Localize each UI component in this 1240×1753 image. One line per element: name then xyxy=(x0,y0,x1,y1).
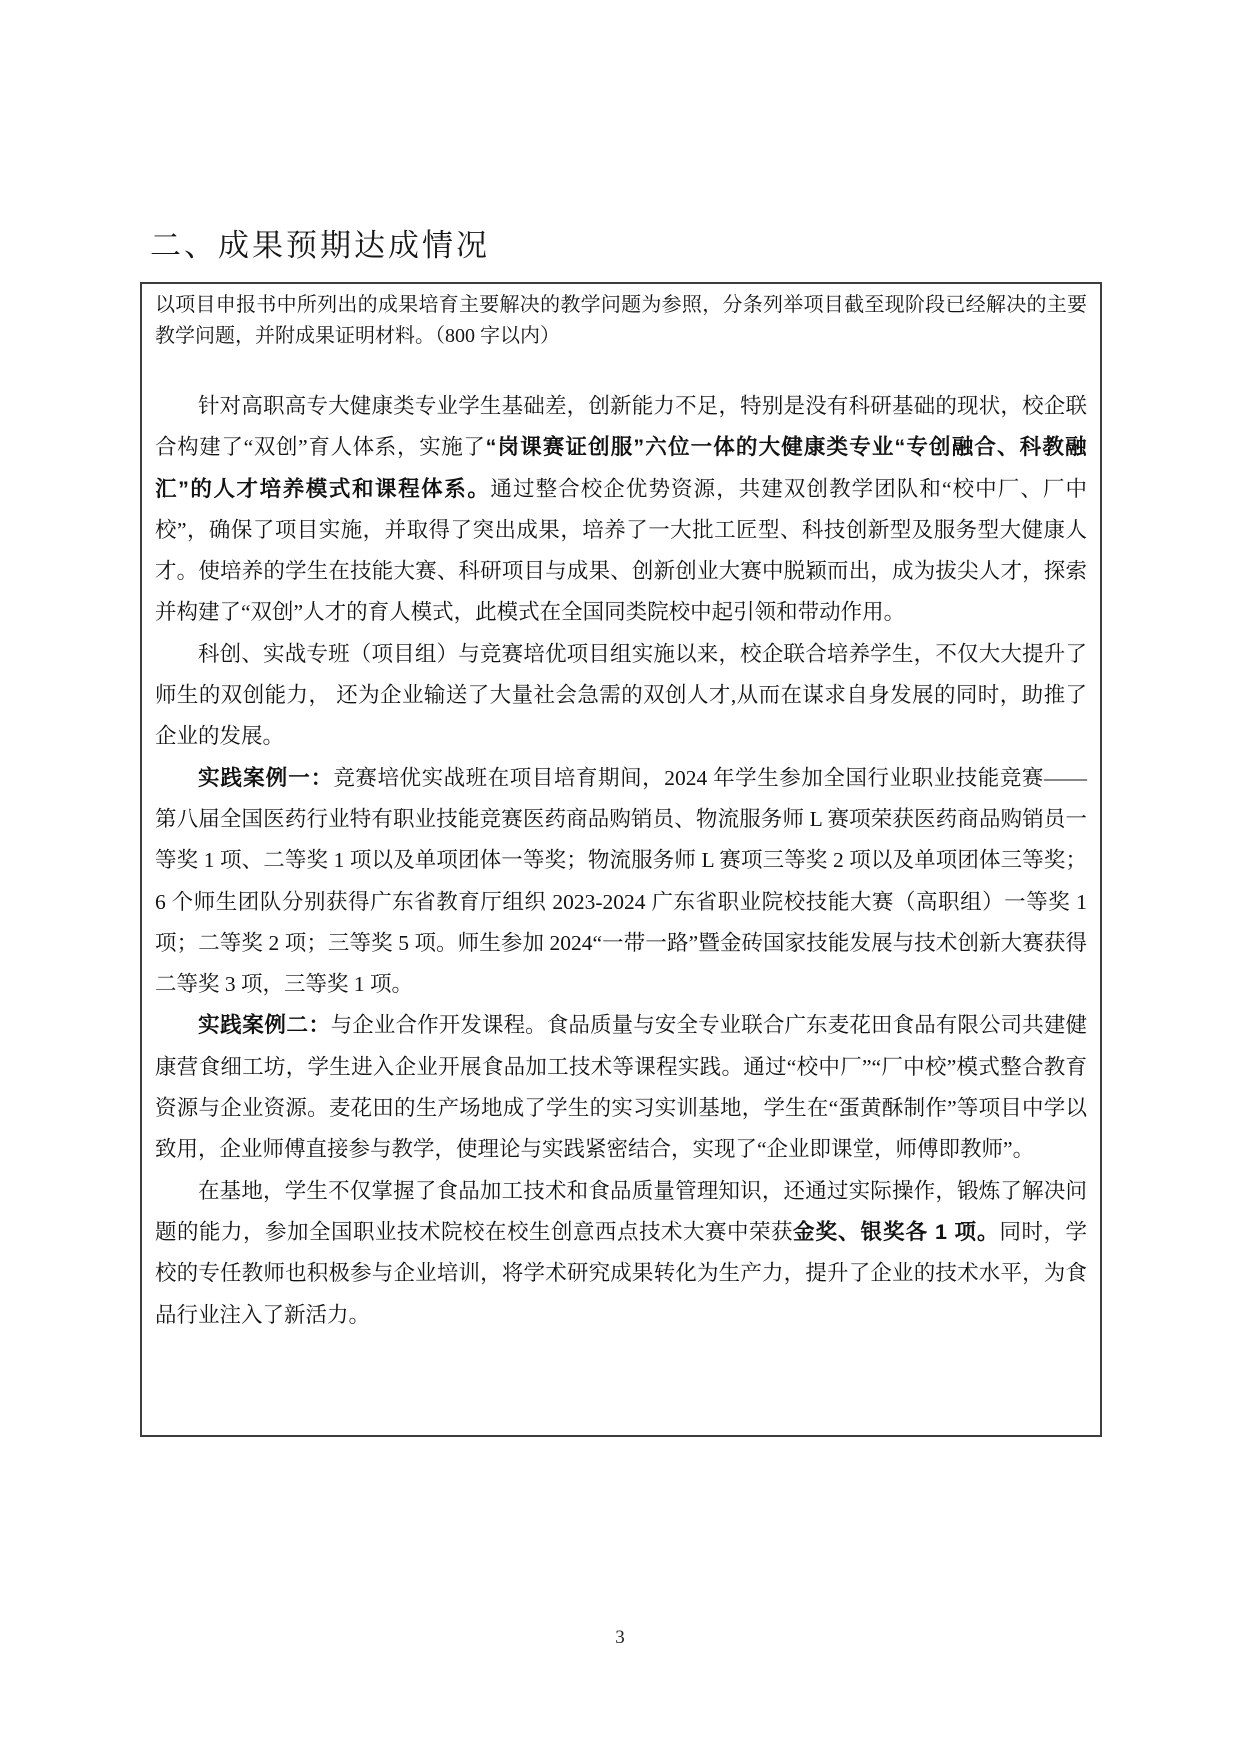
section-title: 二、成果预期达成情况 xyxy=(150,220,490,265)
text-run: 科创、实战专班（项目组）与竞赛培优项目组实施以来，校企联合培养学生，不仅大大提升… xyxy=(155,642,1087,749)
paragraph: 实践案例一：竞赛培优实战班在项目培育期间，2024 年学生参加全国行业职业技能竞… xyxy=(155,758,1087,1006)
text-run: 竞赛培优实战班在项目培育期间，2024 年学生参加全国行业职业技能竞赛——第八届… xyxy=(155,766,1087,996)
paragraph: 针对高职高专大健康类专业学生基础差，创新能力不足，特别是没有科研基础的现状，校企… xyxy=(155,386,1087,634)
page-number: 3 xyxy=(0,1627,1240,1649)
box-body: 针对高职高专大健康类专业学生基础差，创新能力不足，特别是没有科研基础的现状，校企… xyxy=(155,386,1087,1336)
paragraph: 科创、实战专班（项目组）与竞赛培优项目组实施以来，校企联合培养学生，不仅大大提升… xyxy=(155,634,1087,758)
bold-text-run: 金奖、银奖各 1 项。 xyxy=(793,1220,999,1244)
bold-text-run: 实践案例一： xyxy=(198,766,333,790)
document-page: 二、成果预期达成情况 以项目申报书中所列出的成果培育主要解决的教学问题为参照，分… xyxy=(0,0,1240,1753)
bold-text-run: 实践案例二： xyxy=(198,1013,331,1037)
paragraph: 实践案例二：与企业合作开发课程。食品质量与安全专业联合广东麦花田食品有限公司共建… xyxy=(155,1005,1087,1170)
paragraph: 在基地，学生不仅掌握了食品加工技术和食品质量管理知识，还通过实际操作，锻炼了解决… xyxy=(155,1171,1087,1336)
box-instructions: 以项目申报书中所列出的成果培育主要解决的教学问题为参照，分条列举项目截至现阶段已… xyxy=(155,290,1087,352)
content-box: 以项目申报书中所列出的成果培育主要解决的教学问题为参照，分条列举项目截至现阶段已… xyxy=(140,282,1102,1437)
